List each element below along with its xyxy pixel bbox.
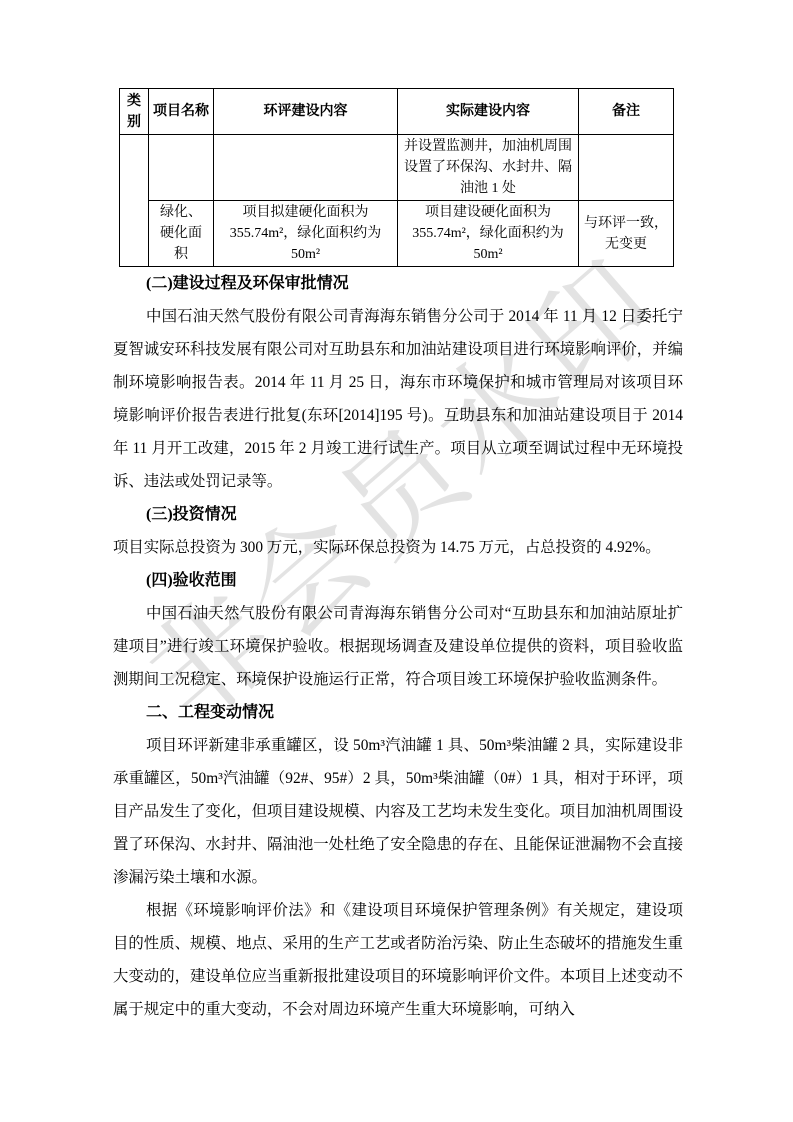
section-heading-acceptance-scope: (四)验收范围 xyxy=(113,564,683,597)
table-row: 并设置监测井，加油机周围 设置了环保沟、水封井、隔 油池 1 处 xyxy=(120,135,674,201)
cell-category xyxy=(120,135,149,267)
header-eia-content: 环评建设内容 xyxy=(214,89,398,135)
section-heading-construction-process: (二)建设过程及环保审批情况 xyxy=(113,267,683,300)
cell-actual-content: 项目建设硬化面积为 355.74m²，绿化面积约为 50m² xyxy=(398,201,579,267)
cell-project-name: 绿化、 硬化面 积 xyxy=(149,201,214,267)
paragraph-construction-process: 中国石油天然气股份有限公司青海海东销售分公司于 2014 年 11 月 12 日… xyxy=(113,300,683,498)
section-heading-project-changes: 二、工程变动情况 xyxy=(113,696,683,729)
document-page: 非会员水印 类别 项目名称 环评建设内容 实际建设内容 备注 xyxy=(0,0,793,1122)
header-remark: 备注 xyxy=(579,89,674,135)
paragraph-project-changes-2: 根据《环境影响评价法》和《建设项目环境保护管理条例》有关规定，建设项目的性质、规… xyxy=(113,894,683,1026)
cell-eia-content xyxy=(214,135,398,201)
document-content: 类别 项目名称 环评建设内容 实际建设内容 备注 并设置监测井，加油机周围 设置… xyxy=(113,88,683,1026)
header-actual-content: 实际建设内容 xyxy=(398,89,579,135)
paragraph-project-changes-1: 项目环评新建非承重罐区，设 50m³汽油罐 1 具、50m³柴油罐 2 具，实际… xyxy=(113,729,683,894)
cell-eia-content: 项目拟建硬化面积为 355.74m²，绿化面积约为 50m² xyxy=(214,201,398,267)
cell-project-name xyxy=(149,135,214,201)
cell-actual-content: 并设置监测井，加油机周围 设置了环保沟、水封井、隔 油池 1 处 xyxy=(398,135,579,201)
table-row: 绿化、 硬化面 积 项目拟建硬化面积为 355.74m²，绿化面积约为 50m²… xyxy=(120,201,674,267)
paragraph-investment: 项目实际总投资为 300 万元，实际环保总投资为 14.75 万元，占总投资的 … xyxy=(113,531,683,564)
cell-remark: 与环评一致， 无变更 xyxy=(579,201,674,267)
header-project-name: 项目名称 xyxy=(149,89,214,135)
header-category: 类别 xyxy=(120,89,149,135)
cell-remark xyxy=(579,135,674,201)
section-heading-investment: (三)投资情况 xyxy=(113,498,683,531)
construction-comparison-table: 类别 项目名称 环评建设内容 实际建设内容 备注 并设置监测井，加油机周围 设置… xyxy=(119,88,674,267)
table-header-row: 类别 项目名称 环评建设内容 实际建设内容 备注 xyxy=(120,89,674,135)
paragraph-acceptance-scope: 中国石油天然气股份有限公司青海海东销售分公司对“互助县东和加油站原址扩建项目”进… xyxy=(113,597,683,696)
